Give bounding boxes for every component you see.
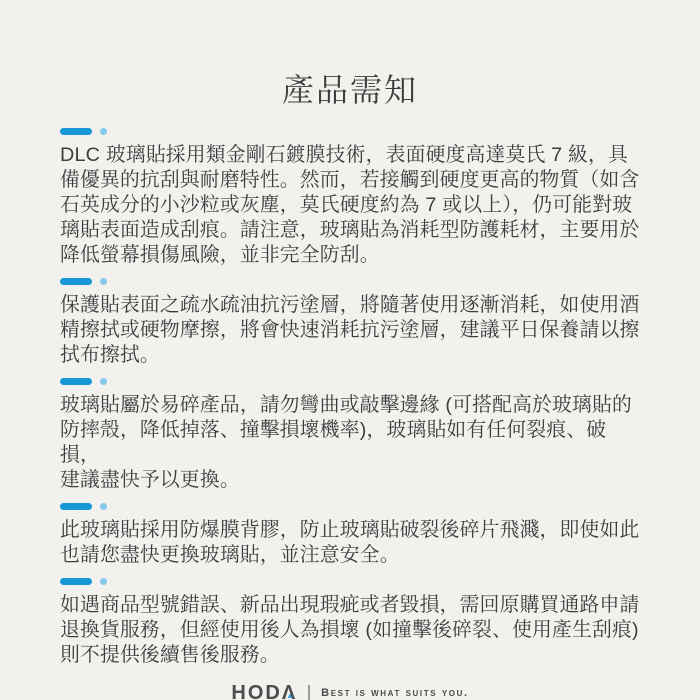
bullet-bar-icon [60, 578, 92, 585]
dash-dot-bullet-icon [60, 377, 640, 385]
hoda-logo-a: Λ▲ [282, 683, 297, 700]
brand-tagline: Best is what suits you. [321, 687, 468, 699]
notice-section-1: DLC 玻璃貼採用類金剛石鍍膜技術，表面硬度高達莫氏 7 級，具 備優異的抗刮與… [60, 127, 640, 268]
bullet-dot-icon [100, 378, 107, 385]
bullet-dot-icon [100, 503, 107, 510]
footer-divider [308, 685, 310, 700]
bullet-bar-icon [60, 128, 92, 135]
footer: HODΛ▲ Best is what suits you. [60, 681, 640, 700]
notice-paragraph: 玻璃貼屬於易碎產品，請勿彎曲或敲擊邊緣 (可搭配高於玻璃貼的 防摔殼，降低掉落、… [60, 393, 640, 493]
dash-dot-bullet-icon [60, 127, 640, 135]
notice-section-4: 此玻璃貼採用防爆膜背膠，防止玻璃貼破裂後碎片飛濺，即使如此 也請您盡快更換玻璃貼… [60, 502, 640, 568]
bullet-bar-icon [60, 503, 92, 510]
notice-paragraph: 保護貼表面之疏水疏油抗污塗層，將隨著使用逐漸消耗，如使用酒 精擦拭或硬物摩擦，將… [60, 293, 640, 368]
notice-content: DLC 玻璃貼採用類金剛石鍍膜技術，表面硬度高達莫氏 7 級，具 備優異的抗刮與… [60, 112, 640, 668]
notice-paragraph: DLC 玻璃貼採用類金剛石鍍膜技術，表面硬度高達莫氏 7 級，具 備優異的抗刮與… [60, 143, 640, 268]
dash-dot-bullet-icon [60, 502, 640, 510]
dash-dot-bullet-icon [60, 277, 640, 285]
notice-section-5: 如遇商品型號錯誤、新品出現瑕疵或者毀損，需回原購買通路申請 退換貨服務，但經使用… [60, 577, 640, 668]
bullet-bar-icon [60, 378, 92, 385]
bullet-dot-icon [100, 128, 107, 135]
hoda-logo-letters: HOD [231, 683, 281, 700]
bullet-bar-icon [60, 278, 92, 285]
product-notice-page: 產品需知 DLC 玻璃貼採用類金剛石鍍膜技術，表面硬度高達莫氏 7 級，具 備優… [0, 0, 700, 700]
hoda-logo: HODΛ▲ [231, 683, 297, 700]
notice-section-2: 保護貼表面之疏水疏油抗污塗層，將隨著使用逐漸消耗，如使用酒 精擦拭或硬物摩擦，將… [60, 277, 640, 368]
notice-paragraph: 如遇商品型號錯誤、新品出現瑕疵或者毀損，需回原購買通路申請 退換貨服務，但經使用… [60, 593, 640, 668]
blue-triangle-icon: ▲ [286, 692, 294, 700]
bullet-dot-icon [100, 278, 107, 285]
dash-dot-bullet-icon [60, 577, 640, 585]
notice-paragraph: 此玻璃貼採用防爆膜背膠，防止玻璃貼破裂後碎片飛濺，即使如此 也請您盡快更換玻璃貼… [60, 518, 640, 568]
bullet-dot-icon [100, 578, 107, 585]
notice-section-3: 玻璃貼屬於易碎產品，請勿彎曲或敲擊邊緣 (可搭配高於玻璃貼的 防摔殼，降低掉落、… [60, 377, 640, 493]
page-title: 產品需知 [60, 70, 640, 110]
